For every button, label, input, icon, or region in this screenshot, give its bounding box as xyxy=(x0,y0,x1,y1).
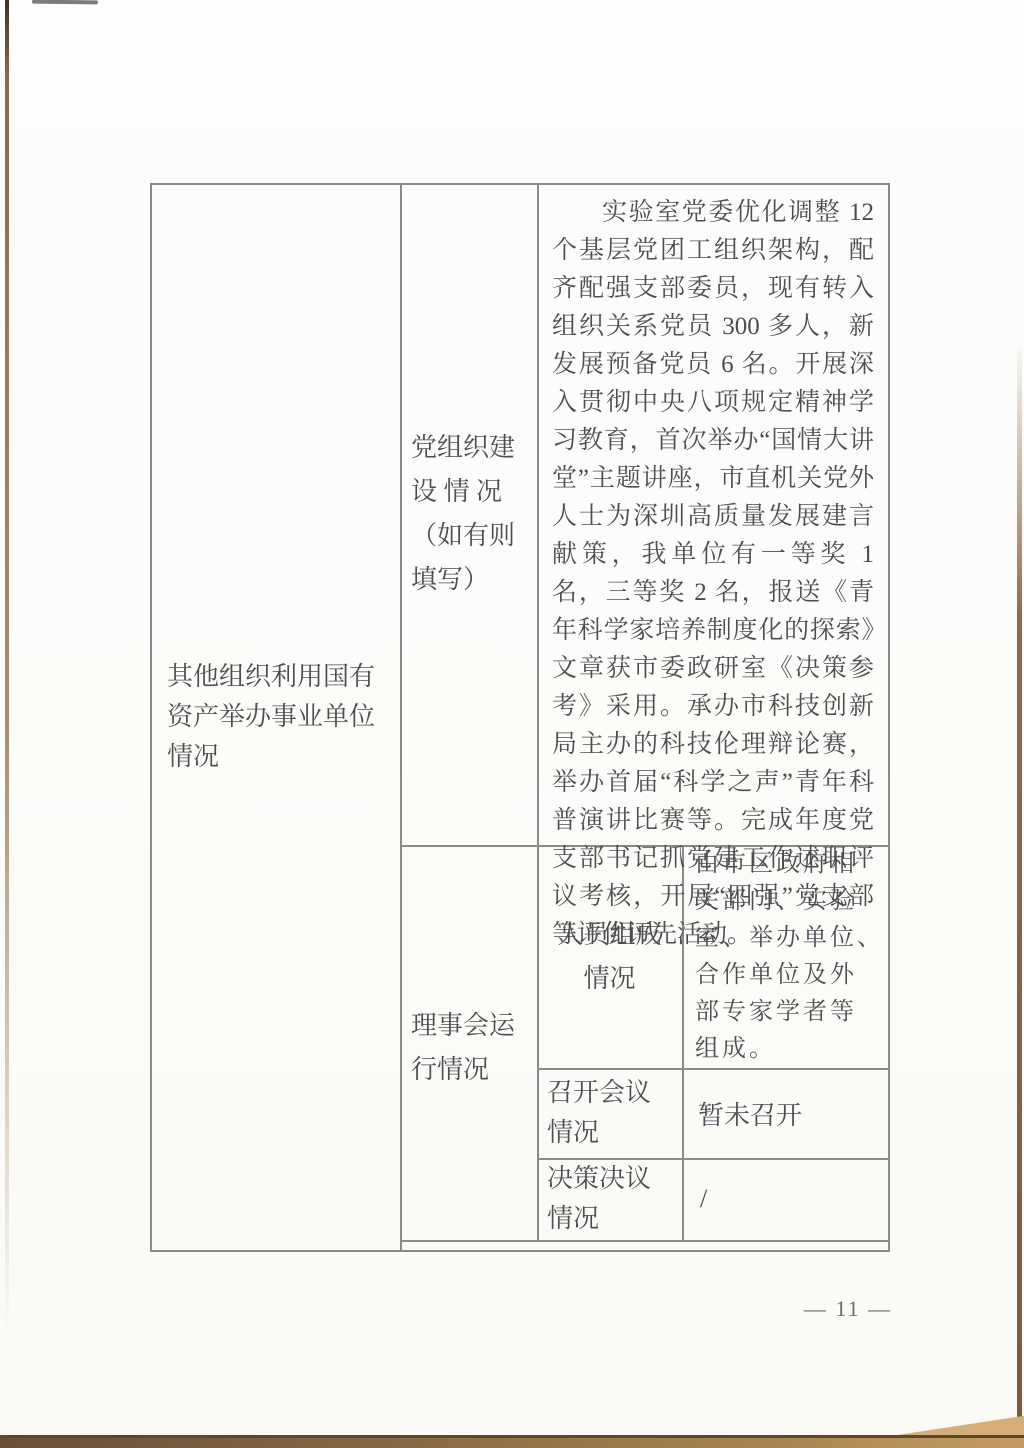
scan-smudge-top xyxy=(32,0,98,4)
table-border-right xyxy=(888,183,890,1252)
cell-party-org-content: 实验室党委优化调整 12 个基层党团工组织架构，配齐配强支部委员，现有转入组织关… xyxy=(537,183,888,845)
cell-party-org-label: 党组织建 设 情 况 （如有则 填写） xyxy=(400,183,537,845)
cell-other-org-header: 其他组织利用国有 资产举办事业单位 情况 xyxy=(150,183,400,1250)
page-edge-right-artifact xyxy=(1017,340,1022,1448)
page-number: — 11 — xyxy=(793,1296,903,1322)
cell-resolutions-value: / xyxy=(682,1158,888,1240)
page-edge-left-artifact xyxy=(5,0,9,1330)
page-edge-bottom-artifact xyxy=(0,1435,1024,1448)
cell-council-label: 理事会运 行情况 xyxy=(400,845,537,1250)
cell-personnel-value: 由市区政府相 关部门、实验 室、举办单位、 合作单位及外 部专家学者等 组成。 xyxy=(682,845,888,1068)
cell-personnel-label: 人员组成 情况 xyxy=(537,845,682,1068)
cell-resolutions-label: 决策决议 情况 xyxy=(537,1158,682,1240)
page-corner-wedge xyxy=(884,1413,1024,1437)
cell-meetings-value: 暂未召开 xyxy=(682,1068,888,1158)
scanned-document-page: 其他组织利用国有 资产举办事业单位 情况 党组织建 设 情 况 （如有则 填写）… xyxy=(0,0,1024,1448)
cell-meetings-label: 召开会议 情况 xyxy=(537,1068,682,1158)
table-border-bottom-outer xyxy=(150,1250,890,1252)
